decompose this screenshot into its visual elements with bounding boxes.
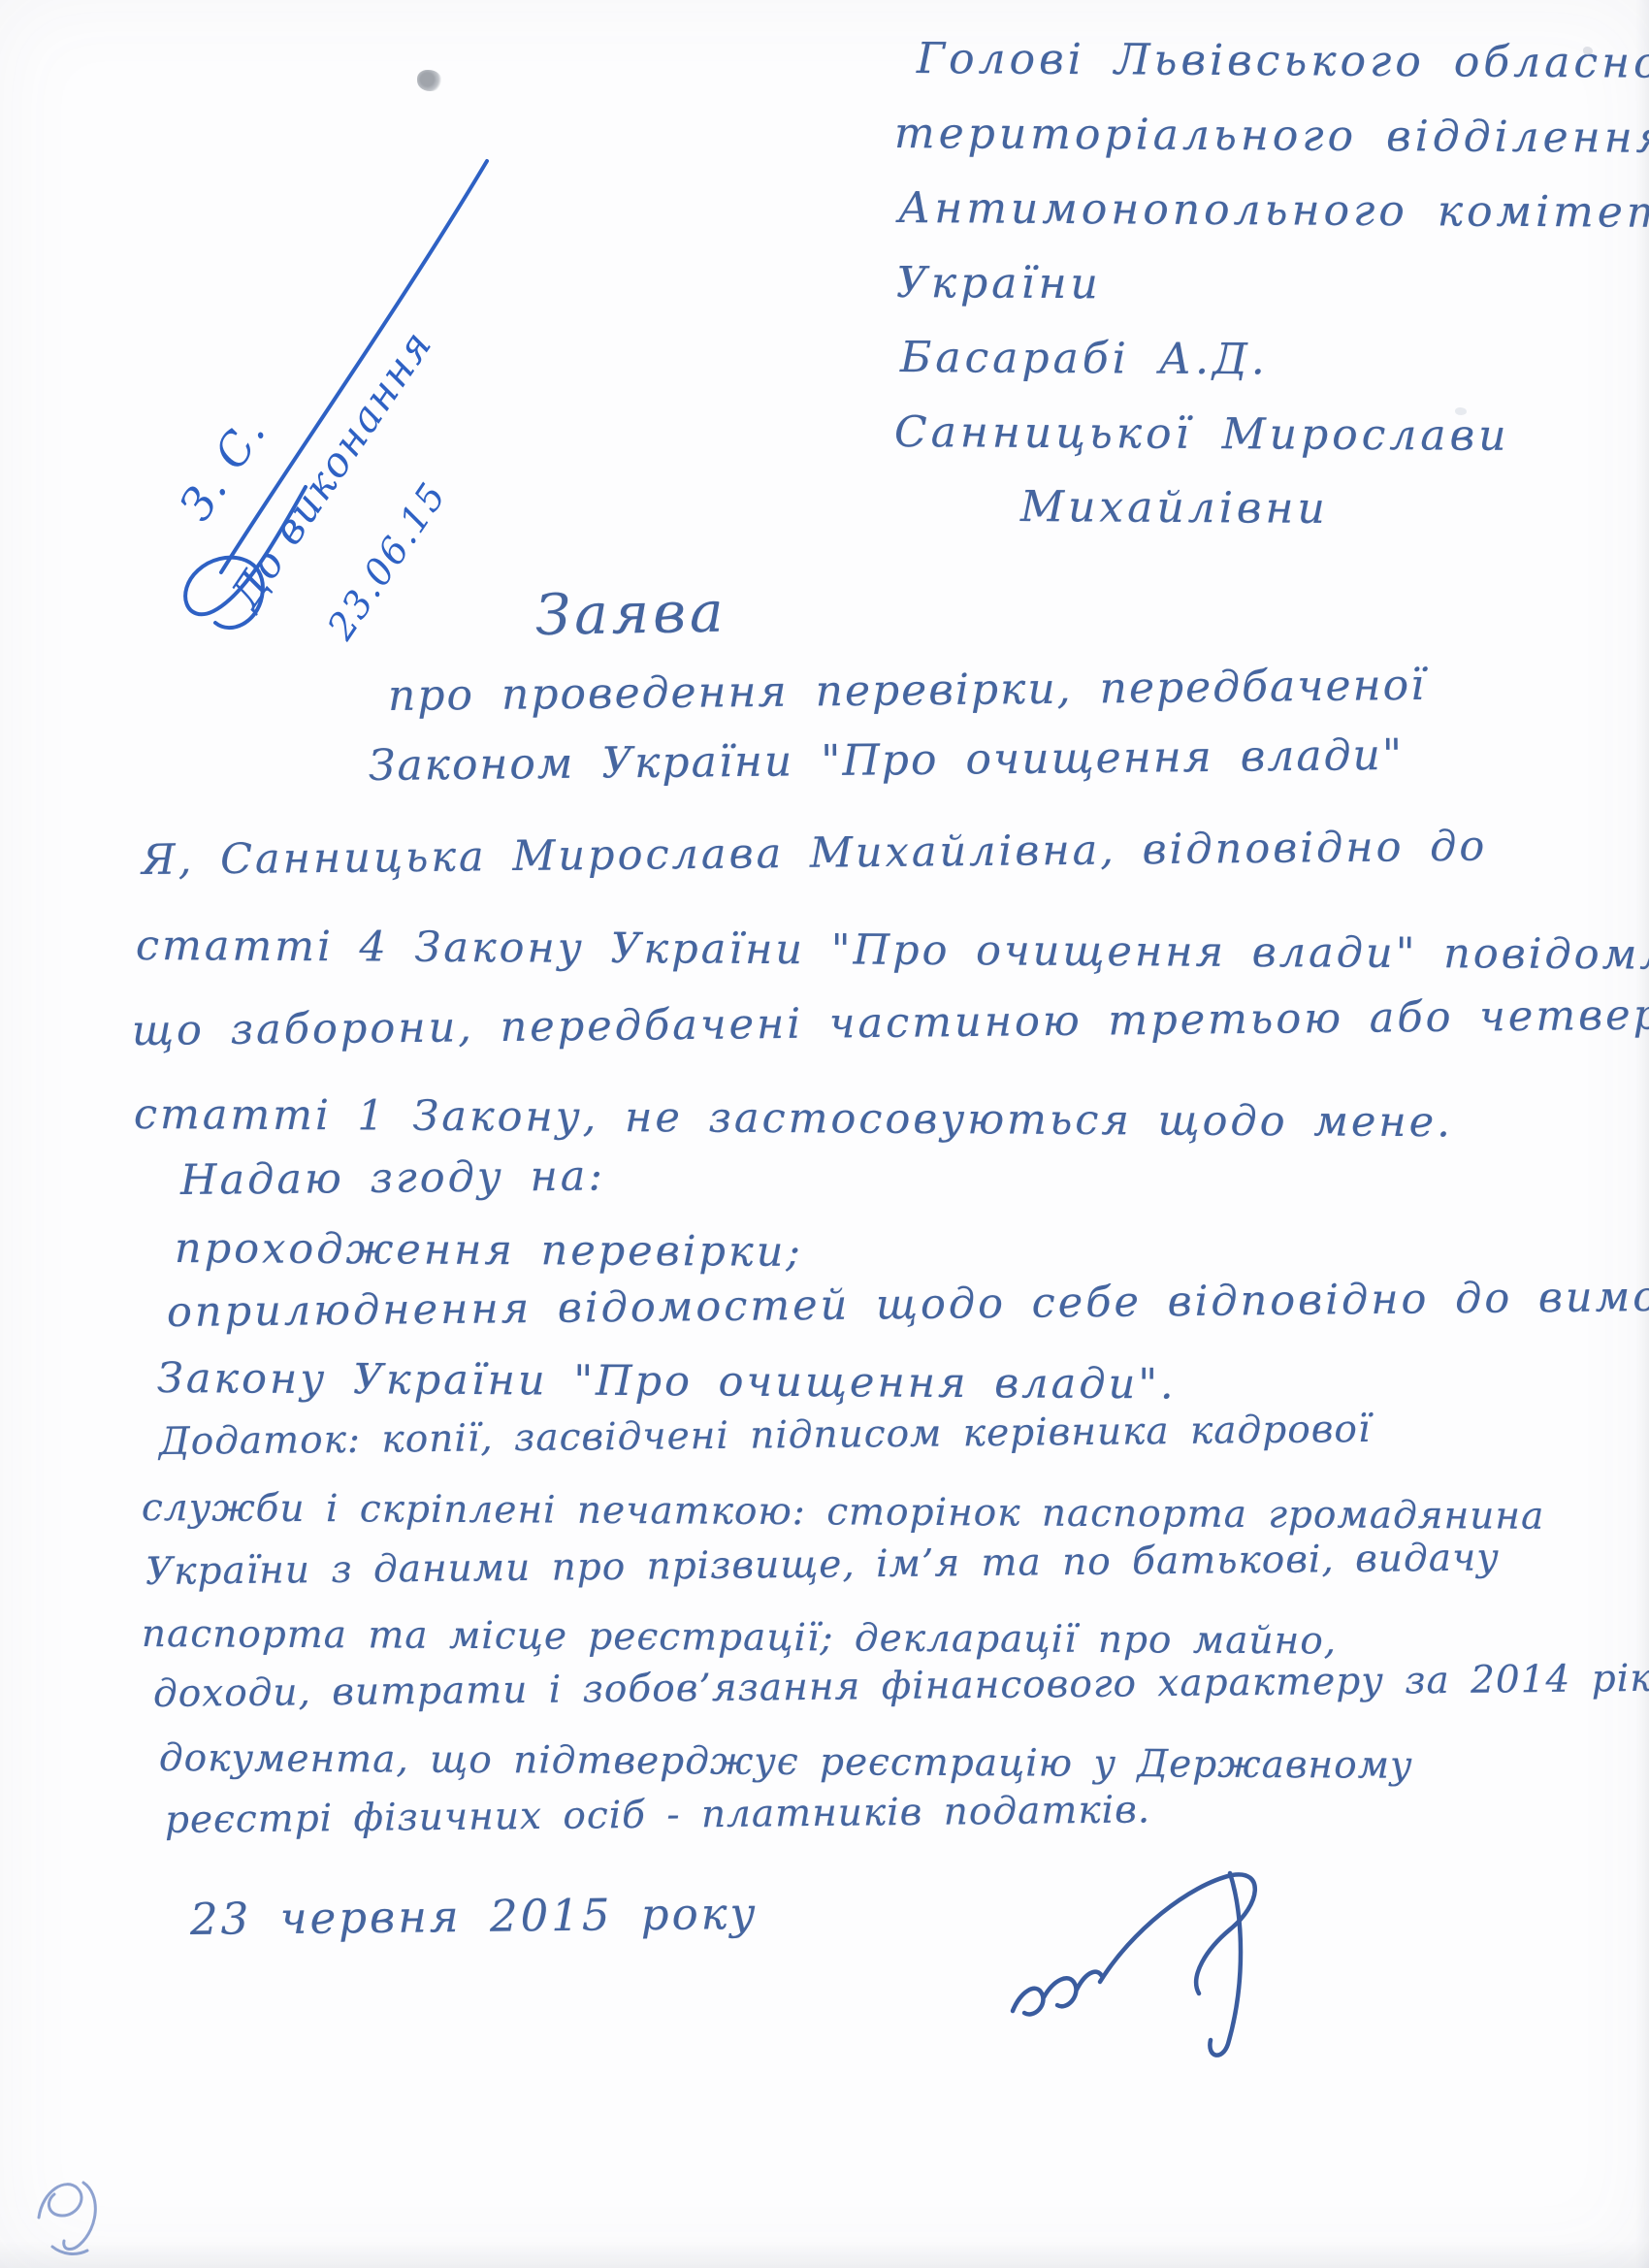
annotation-date-label: 23.06.15 bbox=[318, 474, 455, 648]
addressee-line-2: територіального відділення bbox=[894, 109, 1649, 163]
date-line: 23 червня 2015 року bbox=[190, 1888, 759, 1945]
statement-line-2: статті 4 Закону України "Про очищення вл… bbox=[136, 922, 1649, 980]
scan-edge-shade bbox=[1635, 0, 1649, 2268]
corner-mark-stroke bbox=[39, 2185, 81, 2218]
title-subtitle-line-1: про проведення перевірки, передбаченої bbox=[388, 661, 1427, 721]
scanner-speck bbox=[417, 70, 442, 91]
signature-stroke bbox=[1013, 1989, 1043, 2015]
addressee-line-1: Голові Львівського обласного bbox=[917, 34, 1649, 88]
addressee-line-6: Санницької Мирослави bbox=[894, 407, 1510, 461]
attachment-line-4: паспорта та місце реєстрації; декларації… bbox=[142, 1612, 1337, 1664]
diagonal-pen-stroke bbox=[221, 161, 487, 572]
signature-stroke bbox=[1044, 1978, 1076, 2006]
scan-bottom-shade bbox=[0, 2241, 1649, 2268]
attachment-line-1: Додаток: копії, засвідчені підписом кері… bbox=[159, 1408, 1372, 1464]
signature-stroke bbox=[1100, 1874, 1255, 1993]
addressee-line-4: України bbox=[896, 258, 1102, 308]
attachment-line-2: служби і скріплені печаткою: сторінок па… bbox=[142, 1486, 1545, 1539]
attachment-line-7: реєстрі фізичних осіб - платників податк… bbox=[165, 1788, 1151, 1842]
scanned-document-page: З. С. До виконання 23.06.15 Голові Львів… bbox=[0, 0, 1649, 2268]
consent-line-3: Закону України "Про очищення влади". bbox=[157, 1354, 1177, 1409]
signature-stroke bbox=[1210, 1873, 1241, 2056]
attachment-line-6: документа, що підтверджує реєстрацію у Д… bbox=[159, 1736, 1413, 1788]
scanner-speck bbox=[1583, 47, 1593, 55]
statement-line-3: що заборони, передбачені частиною третьо… bbox=[132, 989, 1649, 1055]
page-title: Заява bbox=[534, 579, 727, 648]
title-subtitle-line-2: Законом України "Про очищення влади" bbox=[369, 730, 1405, 791]
consent-line-1: проходження перевірки; bbox=[175, 1224, 803, 1277]
addressee-line-7: Михайлівни bbox=[1020, 482, 1329, 534]
signature-flourish bbox=[999, 1858, 1309, 2061]
addressee-line-3: Антимонопольного комітету bbox=[898, 183, 1649, 238]
statement-line-1: Я, Санницька Мирослава Михайлівна, відпо… bbox=[142, 822, 1488, 885]
consent-intro-line: Надаю згоду на: bbox=[180, 1151, 605, 1205]
statement-line-4: статті 1 Закону, не застосовуються щодо … bbox=[134, 1090, 1453, 1147]
attachment-line-5: доходи, витрати і зобов’язання фінансово… bbox=[153, 1657, 1649, 1716]
addressee-line-5: Басарабі А.Д. bbox=[900, 333, 1269, 384]
scanner-speck bbox=[1455, 407, 1467, 415]
consent-line-2: оприлюднення відомостей щодо себе відпов… bbox=[167, 1273, 1649, 1337]
attachment-line-3: України з даними про прізвище, ім’я та п… bbox=[145, 1536, 1500, 1594]
